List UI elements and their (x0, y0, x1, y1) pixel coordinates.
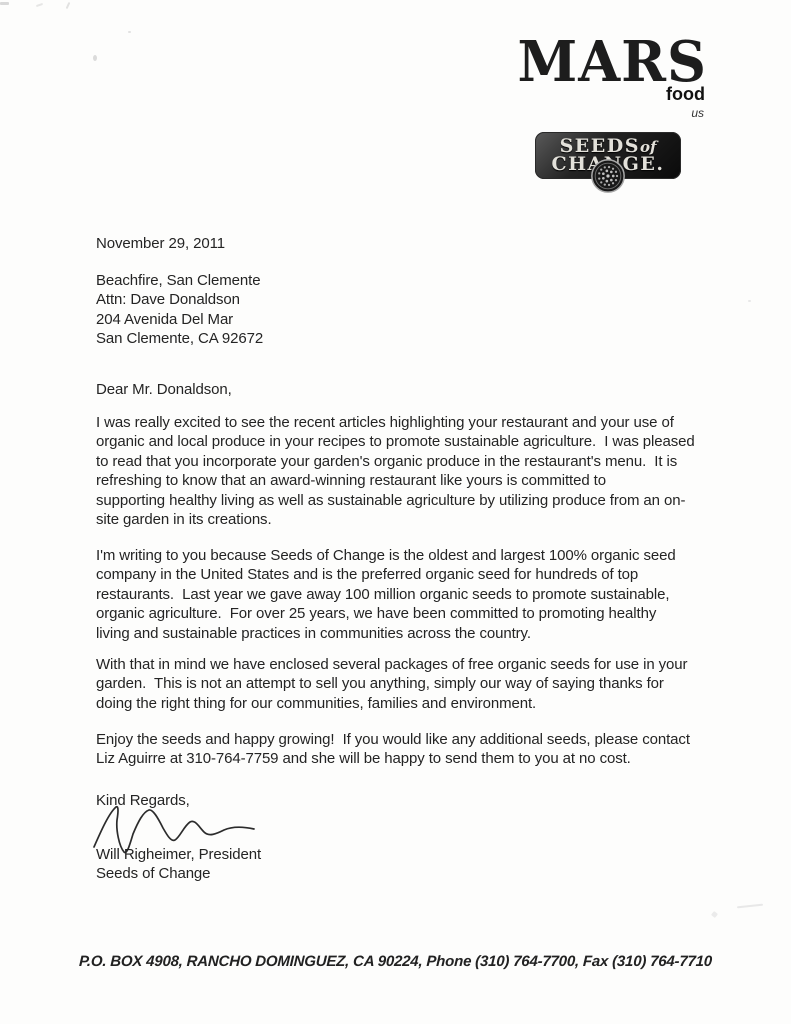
seeds-of-change-logo: SEEDSof CHANGE. (535, 132, 681, 179)
paragraph-2: I'm writing to you because Seeds of Chan… (96, 546, 712, 643)
scan-artifact (737, 904, 763, 909)
paragraph-4: Enjoy the seeds and happy growing! If yo… (96, 730, 712, 769)
letter-date: November 29, 2011 (96, 234, 712, 253)
scan-artifact (128, 31, 131, 33)
mars-region-label: us (517, 106, 707, 120)
paragraph-3: With that in mind we have enclosed sever… (96, 655, 712, 713)
signer-block: Will Righeimer, President Seeds of Chang… (96, 845, 712, 884)
recipient-address: Beachfire, San Clemente Attn: Dave Donal… (96, 271, 712, 349)
footer-contact-line: P.O. BOX 4908, RANCHO DOMINGUEZ, CA 9022… (0, 953, 791, 970)
mars-food-logo: MARS food us (517, 34, 707, 120)
seed-head-emblem (589, 157, 627, 195)
paragraph-1: I was really excited to see the recent a… (96, 413, 712, 529)
scanned-letter-page: MARS food us SEEDSof CHANGE. November 29… (0, 0, 791, 1024)
scan-artifact (36, 3, 43, 7)
scan-artifact (748, 300, 751, 302)
scan-artifact (93, 55, 97, 61)
salutation: Dear Mr. Donaldson, (96, 380, 712, 399)
mars-wordmark: MARS (517, 33, 707, 89)
scan-artifact (0, 2, 9, 5)
scan-artifact (711, 911, 718, 918)
scan-artifact (66, 2, 71, 9)
